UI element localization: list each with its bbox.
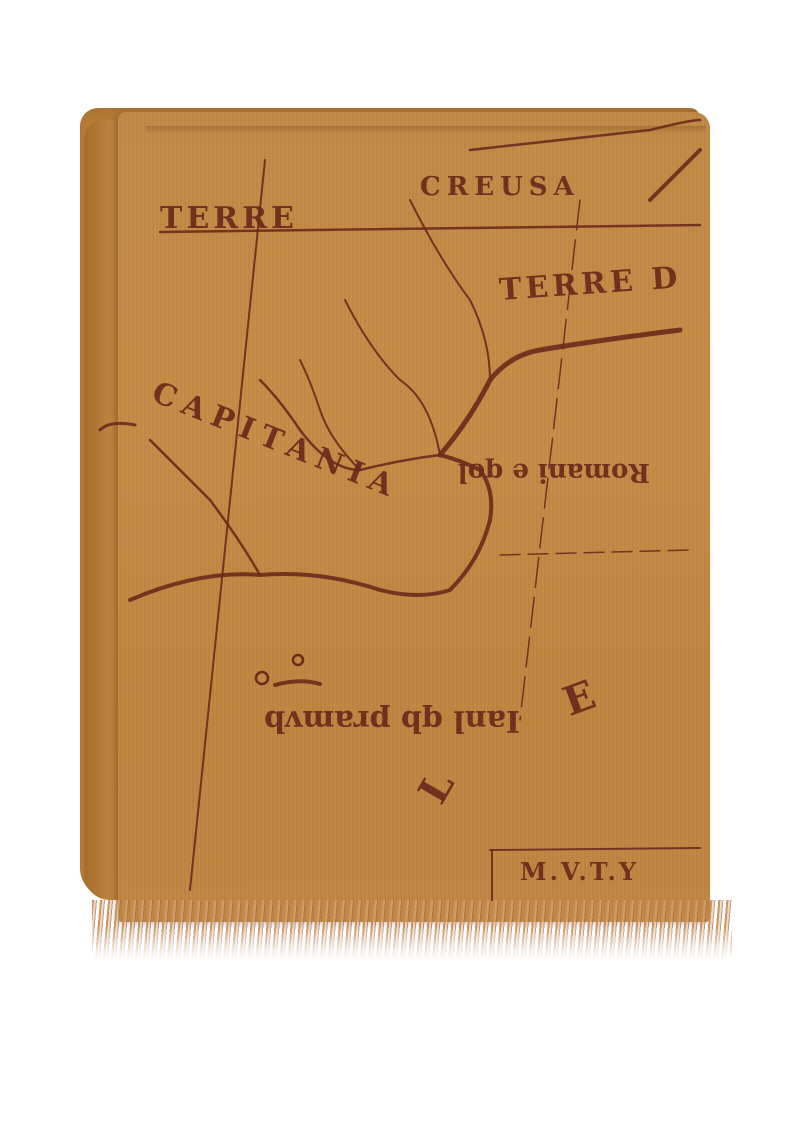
map-print-pattern: CREUSA TERRE TERRE D CAPITANIA Romani e …	[0, 0, 800, 1135]
product-photo: CREUSA TERRE TERRE D CAPITANIA Romani e …	[0, 0, 800, 1135]
map-text-curve: CAPITANIA	[147, 375, 405, 507]
map-text-right: TERRE D	[498, 260, 682, 308]
map-letter-l: L	[409, 764, 464, 812]
map-text-top: CREUSA	[420, 172, 580, 202]
map-text-bottom: M.V.T.Y	[520, 857, 639, 886]
map-letter-e: E	[557, 671, 602, 726]
map-text-lower: Ianl qb pramvb	[264, 703, 520, 738]
map-text-left: TERRE	[160, 201, 298, 236]
map-text-coast: Romani e qol	[458, 457, 650, 487]
